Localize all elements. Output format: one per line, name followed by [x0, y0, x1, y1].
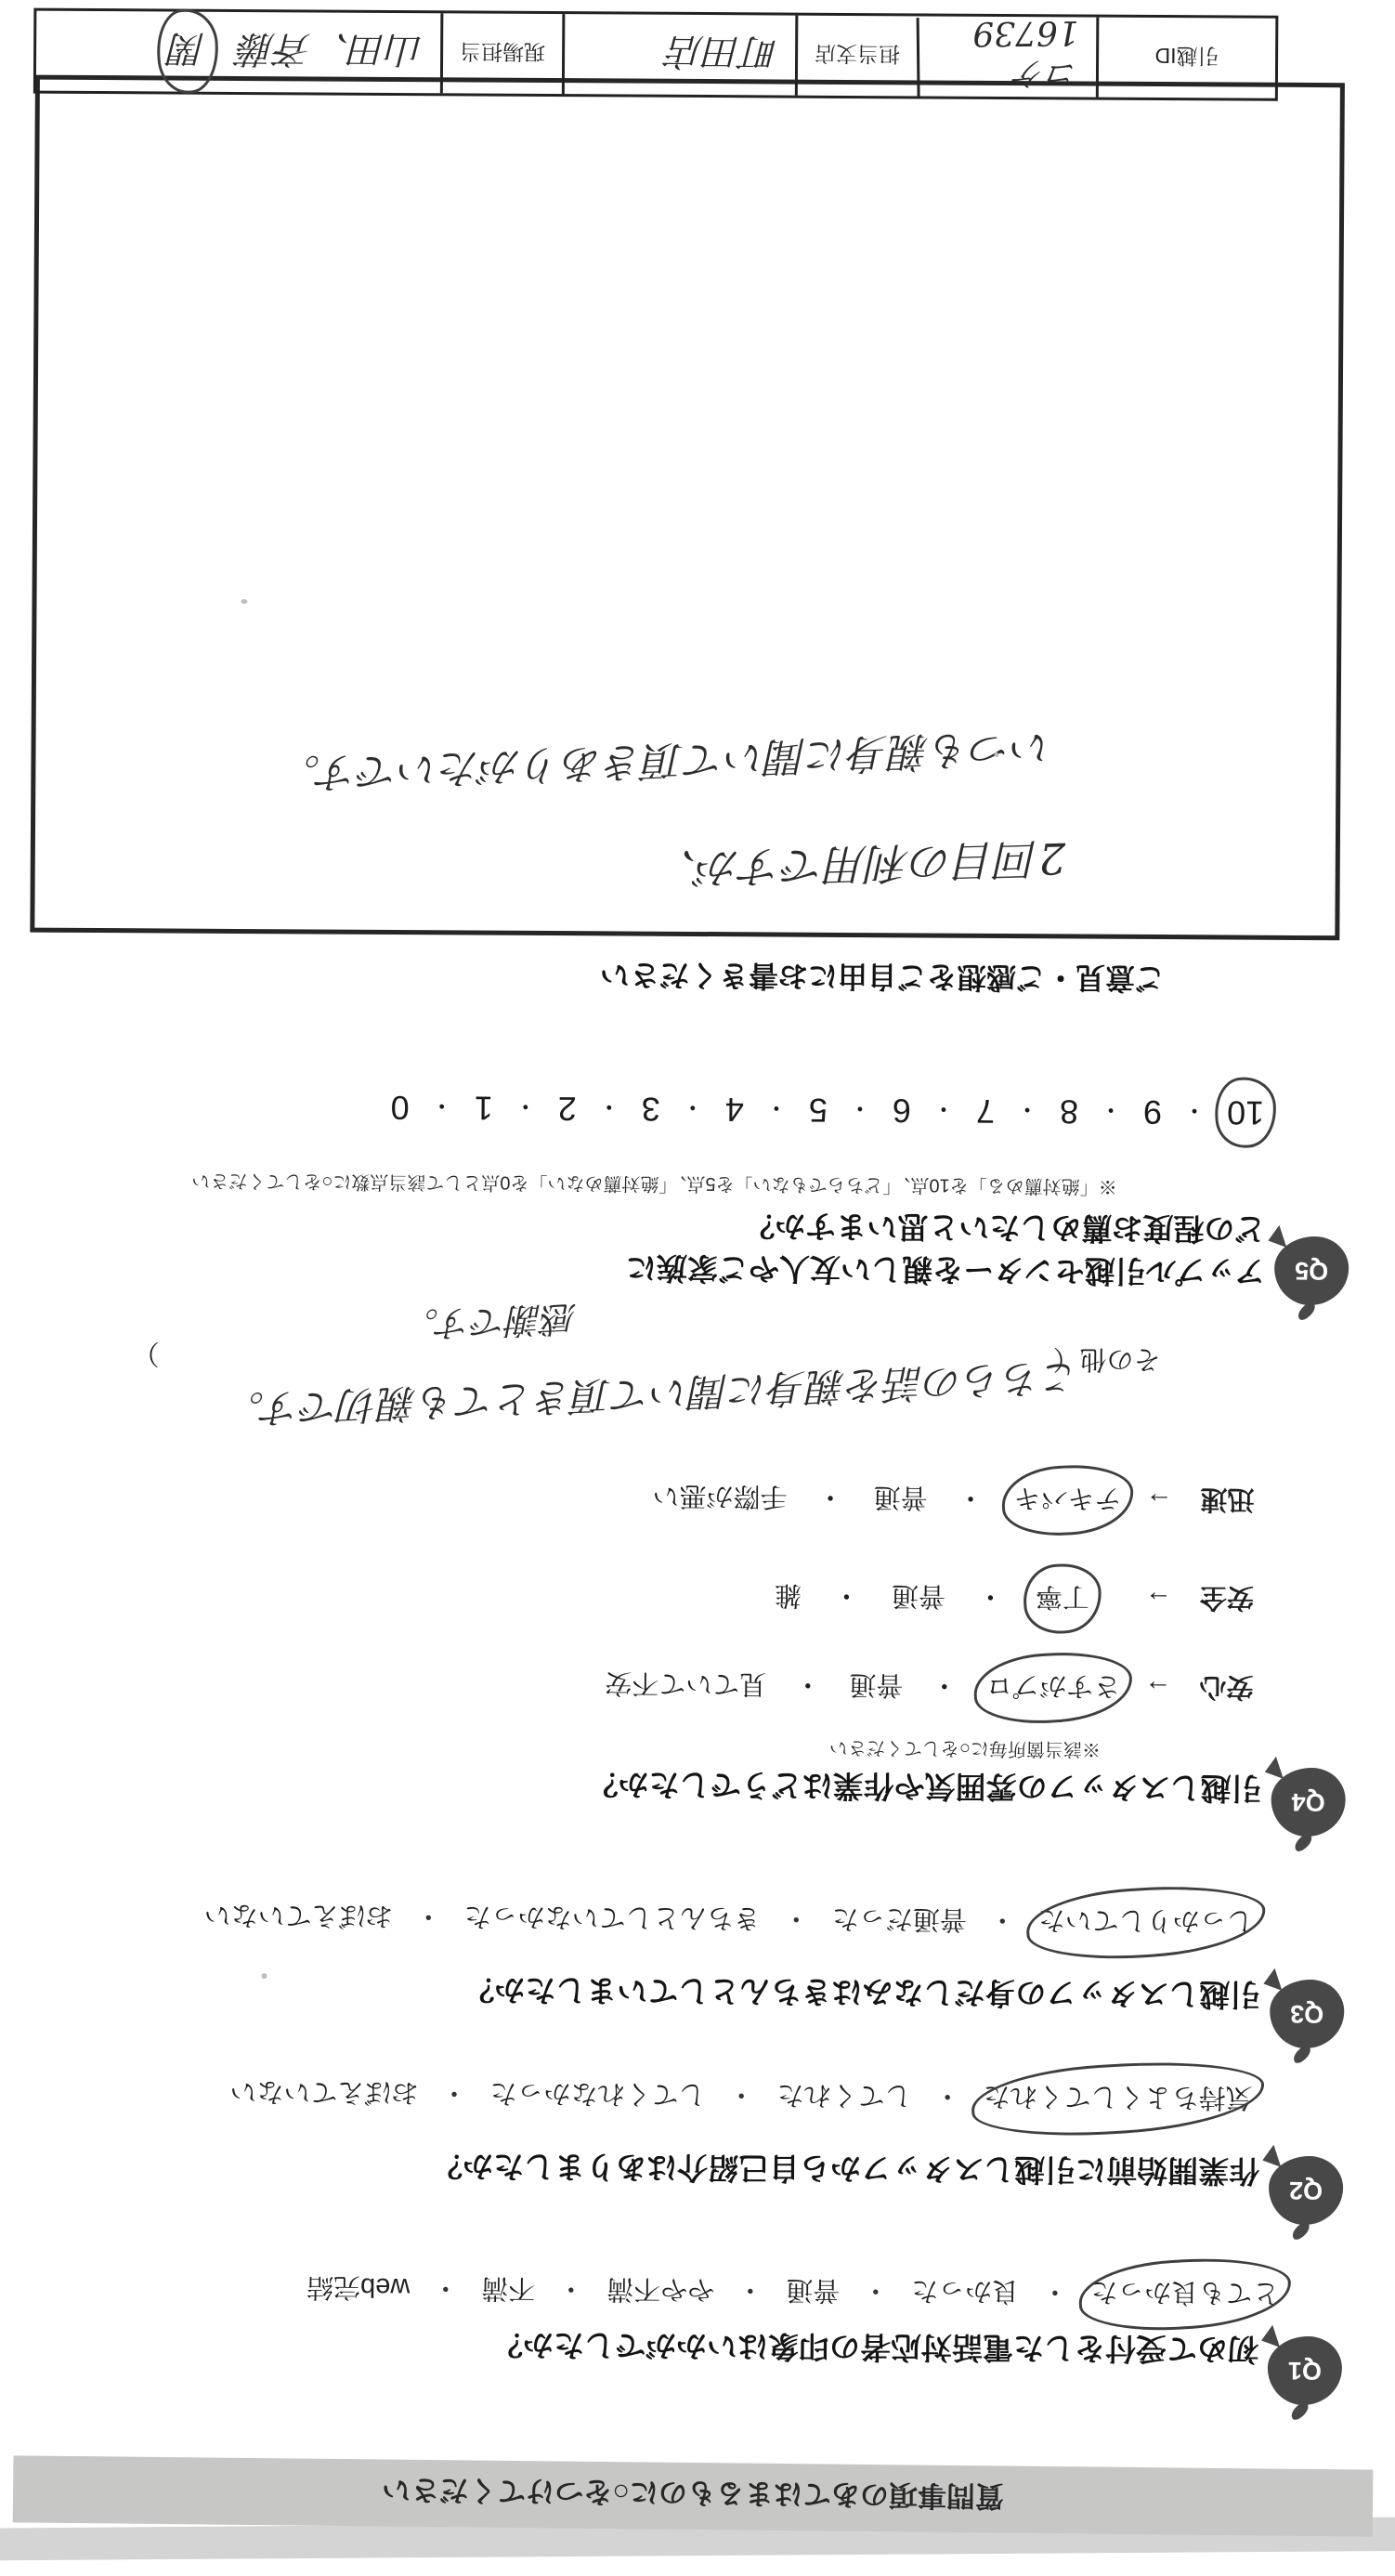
q4-row-jinsoku: 迅速 → テキパキ ・ 普通 ・ 手際が悪い [652, 1479, 1254, 1521]
q3-option-circled: しっかりしていた [1038, 1903, 1254, 1942]
scale-number: 2 [558, 1089, 577, 1128]
scale-number: 4 [725, 1090, 744, 1129]
scan-speckle [994, 752, 998, 757]
q4-row-anzen: 安全 → 丁寧 ・ 普通 ・ 雑 [775, 1578, 1254, 1619]
separator-dot: ・ [514, 1091, 538, 1125]
scale-number: 6 [893, 1091, 911, 1130]
separator-dot: ・ [727, 2077, 754, 2115]
q3-badge-label: Q3 [1290, 1999, 1323, 2028]
q5-badge-label: Q5 [1295, 1256, 1328, 1285]
separator-dot: ・ [932, 1093, 956, 1128]
q2-badge-label: Q2 [1289, 2176, 1323, 2204]
q4-row2-option-circled: 丁寧 [1036, 1579, 1089, 1617]
q4-title: 引越しスタッフの雰囲気や作業はどうでしたか？ [588, 1764, 1262, 1811]
scale-number: 1 [475, 1089, 493, 1128]
q3-badge: Q3 [1270, 1980, 1344, 2048]
footer-value-id: コケ16739 [917, 16, 1097, 98]
q4-badge: Q4 [1271, 1768, 1345, 1837]
q2-badge: Q2 [1269, 2156, 1343, 2225]
q1-title: 初めて受付をした電話対応者の印象はいかがでしたか？ [492, 2325, 1258, 2373]
instructions-text: 質問事項のあてはまるものに○をつけてください [382, 2472, 1004, 2520]
scale-number: 7 [976, 1092, 995, 1131]
q2-options: 気持ちよくしてくれた ・ してくれた ・ してくれなかった ・ おぼえていない [229, 2074, 1252, 2119]
q4-row3-option: 手際が悪い [652, 1479, 787, 1518]
separator-dot: ・ [764, 1092, 789, 1127]
q5-title-line1: アップル引越センターを親しい友人やご家族に [626, 1249, 1265, 1296]
scale-number: 0 [391, 1088, 410, 1127]
q2-option: おぼえていない [229, 2074, 418, 2113]
comments-box: 2回目の利用ですが、 いつも親身に聞いて頂きありがたいです。 [30, 75, 1345, 941]
scan-speckle [261, 1973, 267, 1979]
scan-speckle [241, 599, 247, 604]
crew-circled-name: 関 [169, 25, 206, 78]
q5-note: ※「絶対薦める」を10点、「どちらでもない」を5点、「絶対薦めない」を0点として… [191, 1170, 1117, 1202]
q2-title: 作業開始前に引越しスタッフから自己紹介はありましたか？ [432, 2146, 1259, 2194]
separator-dot: ・ [816, 1480, 843, 1518]
q1-option: 不満 [481, 2271, 535, 2309]
q4-badge-label: Q4 [1292, 1787, 1325, 1816]
q1-option-circled: とても良かった [1090, 2275, 1279, 2314]
q5-rating-scale: 10 ・ 9 ・ 8 ・ 7 ・ 6 ・ 5 ・ 4 ・ 3 ・ 2 ・ 1 ・… [391, 1088, 1265, 1132]
arrow-icon: → [1145, 1584, 1172, 1615]
footer-table: 引越ID コケ16739 担当支店 町田店 現場担当 山田、斉藤 関 [33, 8, 1279, 101]
q3-options: しっかりしていた ・ 普通だった ・ きちんとしていなかった ・ おぼえていない [204, 1898, 1254, 1942]
arrow-icon: → [1146, 1485, 1173, 1516]
comments-header: ご意見・ご感想をご自由にお書きください [600, 955, 1165, 1001]
q4-row-label: 迅速 [1178, 1482, 1254, 1521]
q4-row1-option-circled: さすがプロ [985, 1668, 1120, 1707]
q4-other-close-paren: ） [132, 1336, 159, 1374]
separator-dot: ・ [862, 2273, 889, 2311]
q1-option: 普通 [786, 2273, 840, 2311]
separator-dot: ・ [1099, 1094, 1123, 1129]
q4-row-anshin: 安心 → さすがプロ ・ 普通 ・ 見ていて不安 [605, 1666, 1253, 1707]
footer-value-crew: 山田、斉藤 関 [36, 11, 441, 94]
q4-row2-option: 普通 [892, 1578, 945, 1616]
separator-dot: ・ [848, 1092, 872, 1127]
q4-other-handwriting: こちらの話を親身に聞いて頂きとても親切です。 [141, 1352, 1081, 1445]
q1-badge-label: Q1 [1288, 2356, 1322, 2385]
separator-dot: ・ [794, 1667, 821, 1706]
arrow-icon: → [1144, 1673, 1171, 1704]
upside-down-document: 質問事項のあてはまるものに○をつけてください Q1 初めて受付をした電話対応者の… [0, 0, 1395, 2576]
separator-dot: ・ [737, 2272, 763, 2310]
separator-dot: ・ [1182, 1095, 1206, 1130]
scale-number: 9 [1143, 1092, 1162, 1131]
comment-handwriting-line1: 2回目の利用ですが、 [654, 830, 1067, 904]
q1-option: やや不満 [606, 2271, 714, 2310]
q1-option: web完結 [306, 2269, 410, 2308]
separator-dot: ・ [432, 2270, 459, 2308]
q3-option: きちんとしていなかった [464, 1899, 761, 1939]
separator-dot: ・ [1015, 1094, 1039, 1129]
q1-option: 良かった [911, 2273, 1019, 2312]
q2-option: してくれた [777, 2078, 912, 2117]
q3-option: 普通だった [832, 1902, 967, 1941]
scale-number: 5 [809, 1091, 828, 1130]
scale-10-circled: 10 [1227, 1092, 1264, 1131]
q1-options: とても良かった ・ 良かった ・ 普通 ・ やや不満 ・ 不満 ・ web完結 [306, 2269, 1280, 2313]
footer-label-branch: 担当支店 [795, 16, 918, 97]
crew-names-handwriting: 山田、斉藤 [238, 25, 424, 79]
q4-row1-option: 普通 [849, 1667, 903, 1706]
q5-badge: Q5 [1274, 1236, 1349, 1305]
separator-dot: ・ [681, 1092, 705, 1126]
separator-dot: ・ [430, 1091, 454, 1125]
separator-dot: ・ [415, 1899, 442, 1937]
q3-option: おぼえていない [204, 1898, 393, 1937]
separator-dot: ・ [1041, 2274, 1068, 2312]
separator-dot: ・ [833, 1578, 860, 1616]
footer-label-id: 引越ID [1096, 18, 1276, 98]
footer-value-branch: 町田店 [562, 14, 796, 96]
q4-row1-option: 見ていて不安 [605, 1666, 766, 1705]
q4-row2-option: 雑 [775, 1578, 802, 1616]
separator-dot: ・ [977, 1579, 1004, 1617]
separator-dot: ・ [783, 1902, 810, 1940]
q2-option: してくれなかった [489, 2076, 705, 2115]
separator-dot: ・ [440, 2075, 467, 2113]
separator-dot: ・ [989, 1903, 1016, 1941]
q2-option-circled: 気持ちよくしてくれた [984, 2079, 1253, 2119]
q5-title-line2: どの程度お薦めしたいと思いますか？ [744, 1206, 1265, 1252]
separator-dot: ・ [934, 2079, 961, 2117]
q4-other-handwriting-2: 感謝です。 [403, 1295, 579, 1354]
q1-badge: Q1 [1268, 2336, 1342, 2405]
q3-title: 引越しスタッフの身だしなみはきちんとしていましたか？ [463, 1969, 1260, 2018]
scanned-survey-sheet: 質問事項のあてはまるものに○をつけてください Q1 初めて受付をした電話対応者の… [0, 0, 1395, 2576]
scale-number: 3 [642, 1090, 660, 1129]
q4-note: ※該当箇所毎に○をしてください [829, 1736, 1101, 1765]
footer-label-crew: 現場担当 [440, 13, 563, 94]
q4-row3-option: 普通 [873, 1480, 927, 1518]
separator-dot: ・ [557, 2271, 584, 2309]
comment-handwriting-line2: いつも親身に聞いて頂きありがたいです。 [279, 721, 1053, 808]
q4-row-label: 安心 [1177, 1669, 1253, 1708]
q4-row-label: 安全 [1178, 1580, 1254, 1619]
separator-dot: ・ [931, 1668, 958, 1706]
separator-dot: ・ [597, 1092, 621, 1126]
separator-dot: ・ [957, 1481, 984, 1519]
instructions-bar: 質問事項のあてはまるものに○をつけてください [13, 2455, 1374, 2536]
q4-row3-option-circled: テキパキ [1013, 1481, 1121, 1520]
scale-number: 8 [1060, 1092, 1078, 1131]
